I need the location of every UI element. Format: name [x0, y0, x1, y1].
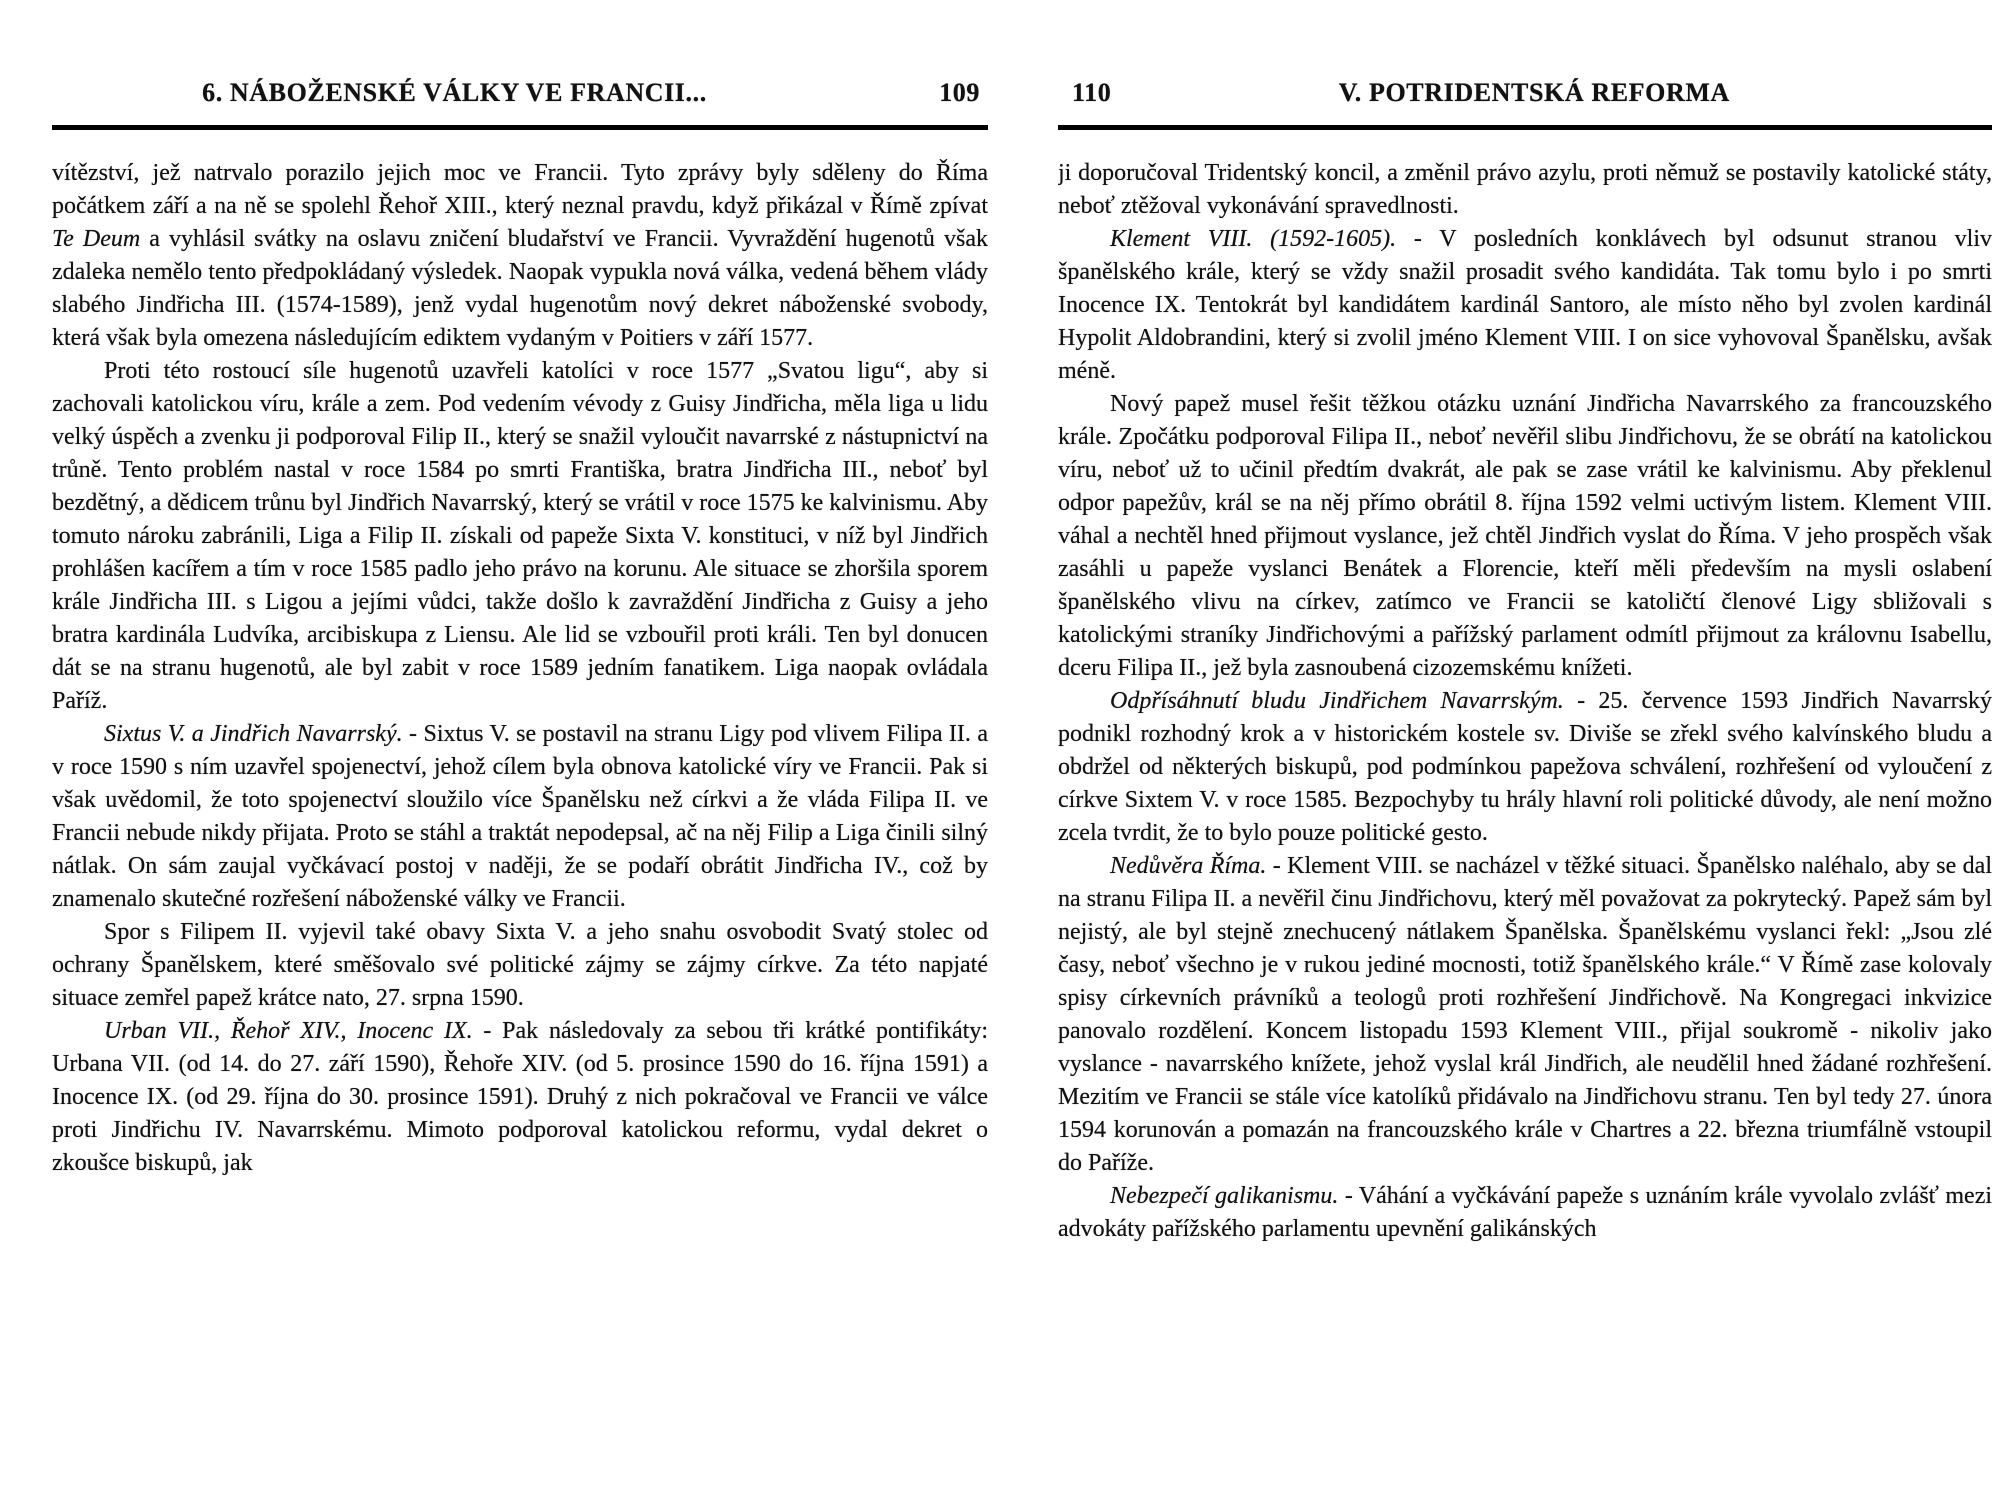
- paragraph-text: - Klement VIII. se nacházel v těžké situ…: [1058, 853, 1992, 1176]
- header-rule-right: [1058, 125, 1992, 130]
- paragraph: Nedůvěra Říma. - Klement VIII. se nacház…: [1058, 850, 1992, 1180]
- page-body-right: ji doporučoval Tridentský koncil, a změn…: [1058, 157, 1992, 1246]
- page-header-left: 6. NÁBOŽENSKÉ VÁLKY VE FRANCII... 109: [52, 78, 988, 122]
- paragraph: Odpřísáhnutí bludu Jindřichem Navarrským…: [1058, 685, 1992, 850]
- book-spread: 6. NÁBOŽENSKÉ VÁLKY VE FRANCII... 109 ví…: [0, 0, 2006, 1500]
- paragraph: Sixtus V. a Jindřich Navarrský. - Sixtus…: [52, 718, 988, 916]
- paragraph-text: Proti této rostoucí síle hugenotů uzavře…: [52, 358, 988, 714]
- paragraph-lead: Urban VII., Řehoř XIV., Inocenc IX.: [104, 1018, 473, 1044]
- latin-phrase-italic: Te Deum: [52, 226, 140, 252]
- paragraph-text: ji doporučoval Tridentský koncil, a změn…: [1058, 160, 1992, 219]
- paragraph: ji doporučoval Tridentský koncil, a změn…: [1058, 157, 1992, 223]
- chapter-title-right: V. POTRIDENTSKÁ REFORMA: [1339, 78, 1730, 108]
- paragraph-text: Spor s Filipem II. vyjevil také obavy Si…: [52, 919, 988, 1011]
- paragraph: Proti této rostoucí síle hugenotů uzavře…: [52, 355, 988, 718]
- page-right: 110 V. POTRIDENTSKÁ REFORMA ji doporučov…: [1058, 0, 1992, 1500]
- page-body-left: vítězství, jež natrvalo porazilo jejich …: [52, 157, 988, 1180]
- page-number-right: 110: [1072, 78, 1111, 108]
- chapter-title-left: 6. NÁBOŽENSKÉ VÁLKY VE FRANCII...: [202, 78, 707, 108]
- paragraph: Nový papež musel řešit těžkou otázku uzn…: [1058, 388, 1992, 685]
- paragraph-text: - Sixtus V. se postavil na stranu Ligy p…: [52, 721, 988, 912]
- paragraph-lead: Nebezpečí galikanismu.: [1110, 1183, 1338, 1209]
- paragraph: Nebezpečí galikanismu. - Váhání a vyčkáv…: [1058, 1180, 1992, 1246]
- paragraph-text: Nový papež musel řešit těžkou otázku uzn…: [1058, 391, 1992, 681]
- paragraph: Klement VIII. (1592-1605). - V posledníc…: [1058, 223, 1992, 388]
- page-number-left: 109: [939, 78, 980, 108]
- paragraph-lead: Klement VIII. (1592-1605).: [1110, 226, 1396, 252]
- paragraph: Urban VII., Řehoř XIV., Inocenc IX. - Pa…: [52, 1015, 988, 1180]
- paragraph-lead: Odpřísáhnutí bludu Jindřichem Navarrským…: [1110, 688, 1564, 714]
- paragraph: vítězství, jež natrvalo porazilo jejich …: [52, 157, 988, 355]
- page-left: 6. NÁBOŽENSKÉ VÁLKY VE FRANCII... 109 ví…: [52, 0, 988, 1500]
- paragraph-lead: Sixtus V. a Jindřich Navarrský.: [104, 721, 403, 747]
- header-rule-left: [52, 125, 988, 130]
- paragraph-lead: Nedůvěra Říma.: [1110, 853, 1266, 879]
- page-header-right: 110 V. POTRIDENTSKÁ REFORMA: [1058, 78, 1992, 122]
- paragraph: Spor s Filipem II. vyjevil také obavy Si…: [52, 916, 988, 1015]
- paragraph-text: vítězství, jež natrvalo porazilo jejich …: [52, 160, 988, 219]
- paragraph-text: a vyhlásil svátky na oslavu zničení blud…: [52, 226, 988, 351]
